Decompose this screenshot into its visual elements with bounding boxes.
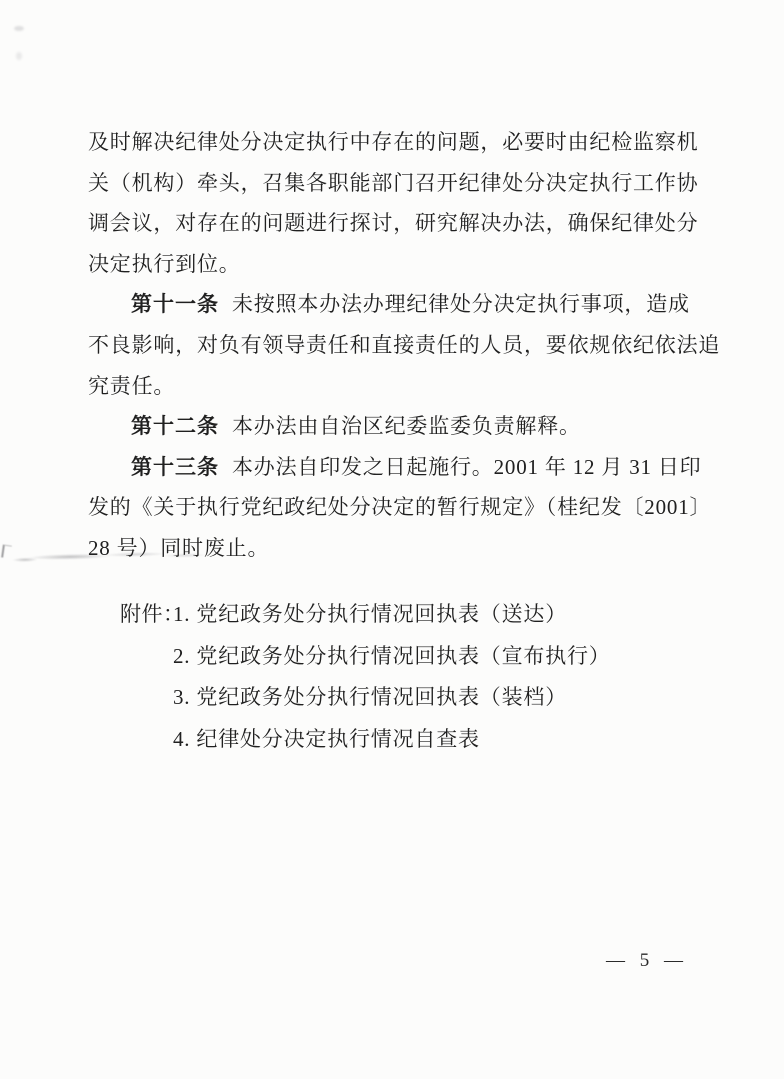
article-11-heading: 第十一条 [131, 292, 219, 316]
body-line: 调会议，对存在的问题进行探讨，研究解决办法，确保纪律处分 [88, 203, 700, 244]
document-body: 及时解决纪律处分决定执行中存在的问题，必要时由纪检监察机 关（机构）牵头，召集各… [88, 122, 700, 569]
page-number: — 5 — [592, 950, 702, 972]
article-11-text: 未按照本办法办理纪律处分决定执行事项，造成 [232, 292, 690, 316]
article-13-heading: 第十三条 [131, 455, 219, 479]
attachment-item: 2. 党纪政务处分执行情况回执表（宣布执行） [120, 636, 611, 678]
scanned-document-page: 及时解决纪律处分决定执行中存在的问题，必要时由纪检监察机 关（机构）牵头，召集各… [0, 0, 784, 1079]
attachments-label: 附件： [120, 594, 173, 636]
body-line: 不良影响，对负有领导责任和直接责任的人员，要依规依纪依法追 [88, 325, 700, 366]
article-12-line: 第十二条本办法由自治区纪委监委负责解释。 [88, 406, 700, 447]
attachment-item: 附件：1. 党纪政务处分执行情况回执表（送达） [120, 594, 611, 636]
attachments-list: 附件：1. 党纪政务处分执行情况回执表（送达） 2. 党纪政务处分执行情况回执表… [120, 594, 611, 760]
body-line: 发的《关于执行党纪政纪处分决定的暂行规定》（桂纪发〔2001〕 [88, 487, 700, 528]
scan-speck [16, 52, 22, 60]
attachment-item: 4. 纪律处分决定执行情况自查表 [120, 719, 611, 761]
attachment-item: 3. 党纪政务处分执行情况回执表（装档） [120, 677, 611, 719]
article-11-line: 第十一条未按照本办法办理纪律处分决定执行事项，造成 [88, 284, 700, 325]
body-line: 28 号）同时废止。 [88, 528, 700, 569]
scan-smudge-mark [1, 544, 12, 558]
article-13-line: 第十三条本办法自印发之日起施行。2001 年 12 月 31 日印 [88, 447, 700, 488]
attachment-item-text: 1. 党纪政务处分执行情况回执表（送达） [173, 602, 567, 626]
article-12-text: 本办法由自治区纪委监委负责解释。 [232, 414, 581, 438]
body-line: 关（机构）牵头，召集各职能部门召开纪律处分决定执行工作协 [88, 163, 700, 204]
scan-speck [14, 26, 24, 31]
article-13-text: 本办法自印发之日起施行。2001 年 12 月 31 日印 [232, 455, 701, 479]
article-12-heading: 第十二条 [131, 414, 219, 438]
body-line: 及时解决纪律处分决定执行中存在的问题，必要时由纪检监察机 [88, 122, 700, 163]
body-line: 决定执行到位。 [88, 244, 700, 285]
body-line: 究责任。 [88, 366, 700, 407]
